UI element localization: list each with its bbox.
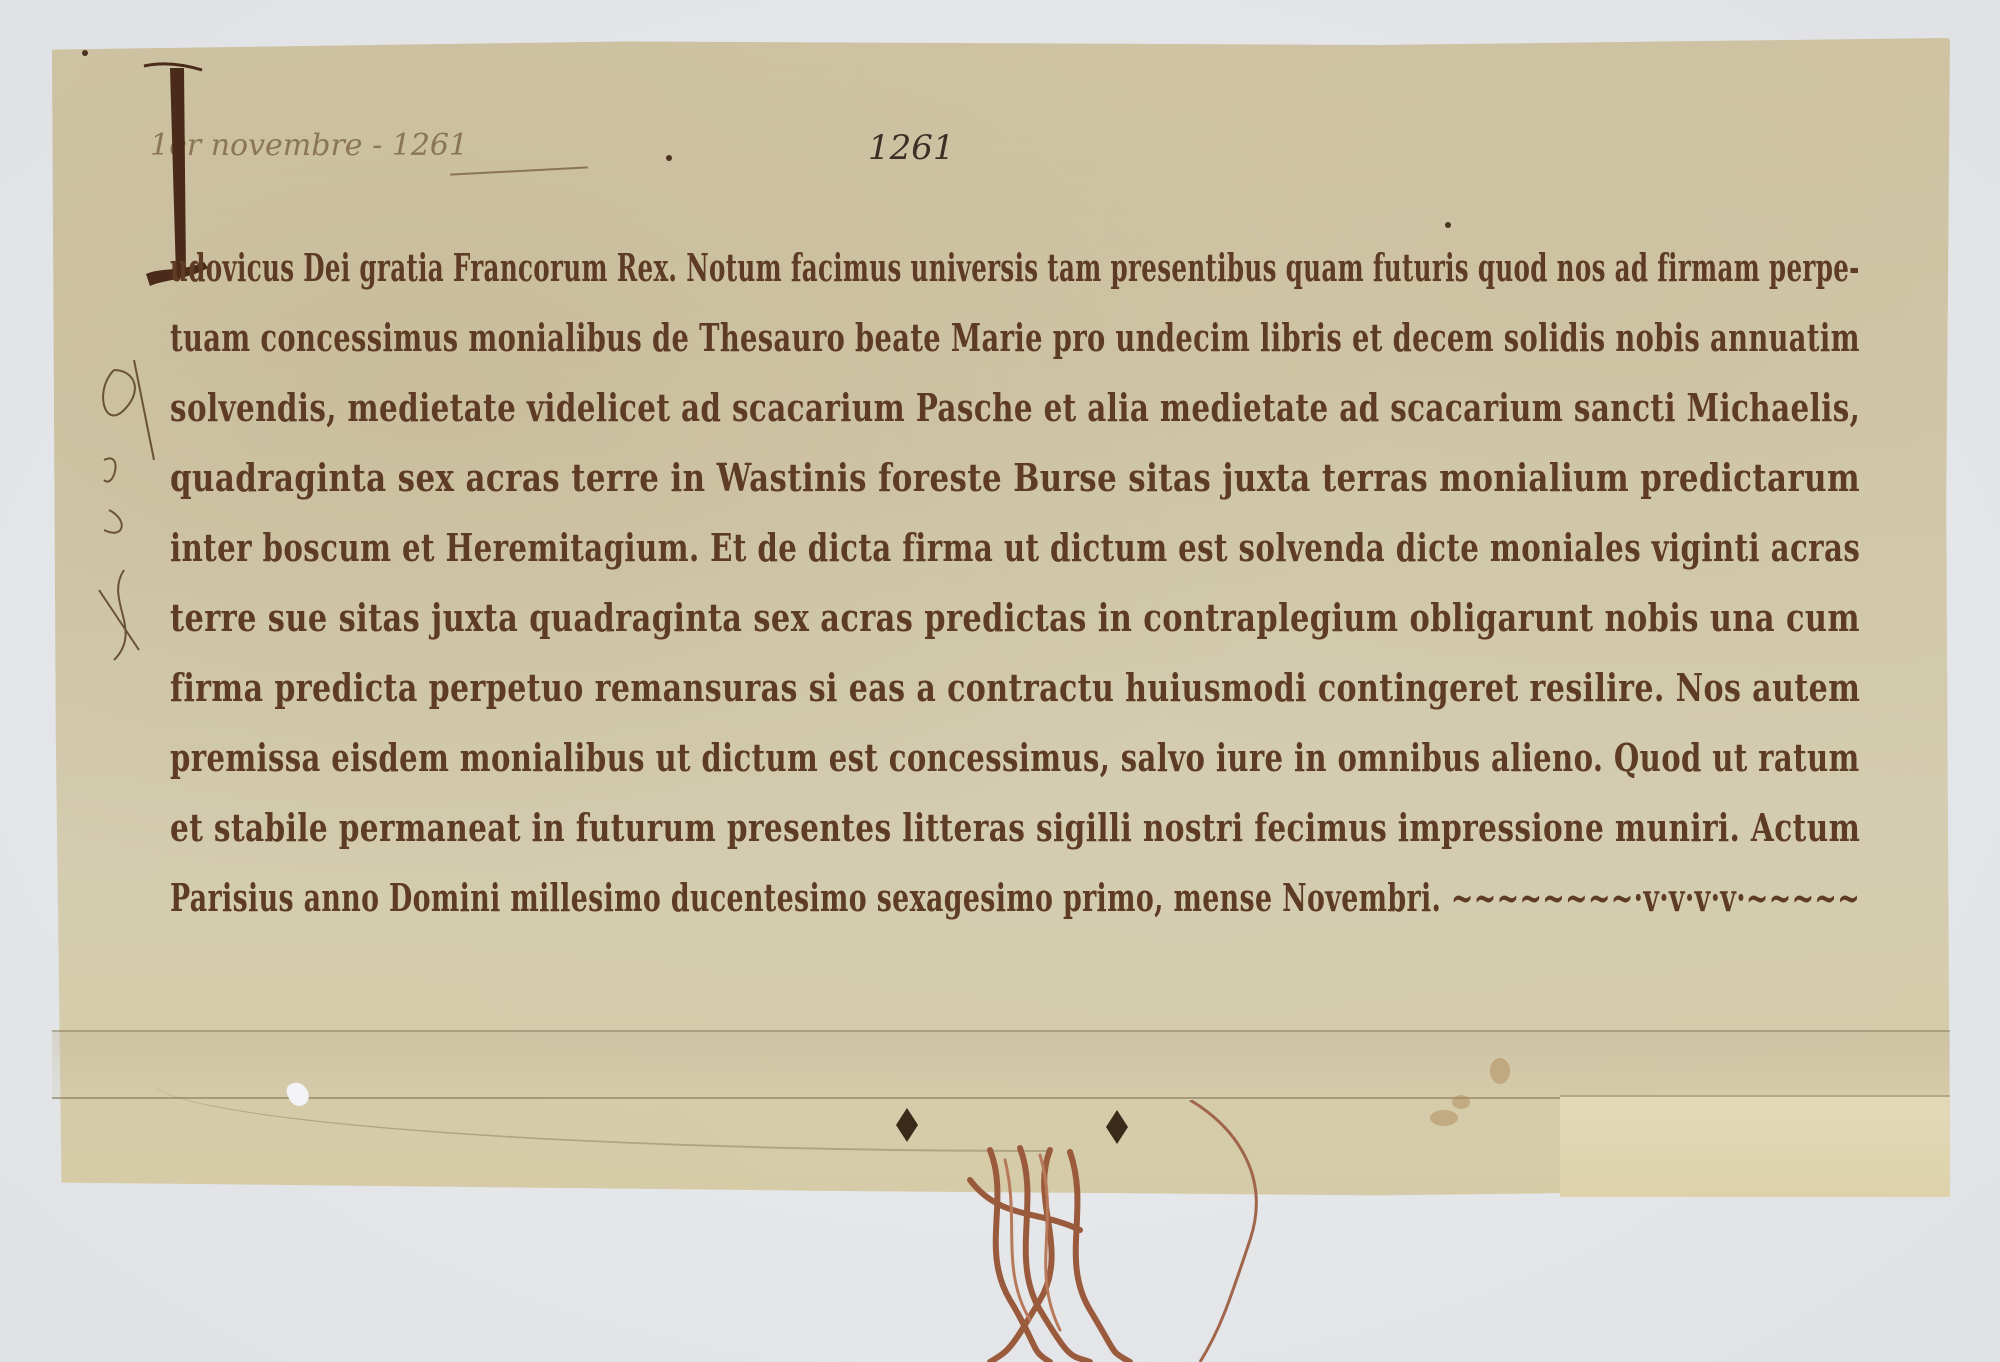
- text-line-2: tuam concessimus monialibus de Thesauro …: [170, 315, 1860, 360]
- text-line-5: inter boscum et Heremitagium. Et de dict…: [170, 525, 1860, 570]
- text-line-10: Parisius anno Domini millesimo ducentesi…: [170, 875, 1860, 920]
- ink-speck: [82, 50, 88, 56]
- silk-seal-cords: [950, 1140, 1150, 1362]
- text-line-3: solvendis, medietate videlicet ad scacar…: [170, 385, 1860, 430]
- text-line-4: quadraginta sex acras terre in Wastinis …: [170, 455, 1860, 500]
- text-line-6: terre sue sitas juxta quadraginta sex ac…: [170, 595, 1860, 640]
- stain: [1490, 1058, 1510, 1084]
- stain: [1452, 1095, 1470, 1109]
- loose-cord-thread: [1180, 1100, 1300, 1362]
- ink-speck: [666, 155, 672, 161]
- lower-flap: [1560, 1095, 1950, 1197]
- ink-speck: [1445, 222, 1451, 228]
- text-line-8: premissa eisdem monialibus ut dictum est…: [170, 735, 1860, 780]
- text-line-9: et stabile permaneat in futurum presente…: [170, 805, 1860, 850]
- marginalia: [84, 350, 164, 670]
- year-annotation: 1261: [868, 128, 955, 168]
- text-line-7: firma predicta perpetuo remansuras si ea…: [170, 665, 1860, 710]
- stain: [1430, 1110, 1458, 1126]
- text-line-1: udovicus Dei gratia Francorum Rex. Notum…: [170, 245, 1860, 290]
